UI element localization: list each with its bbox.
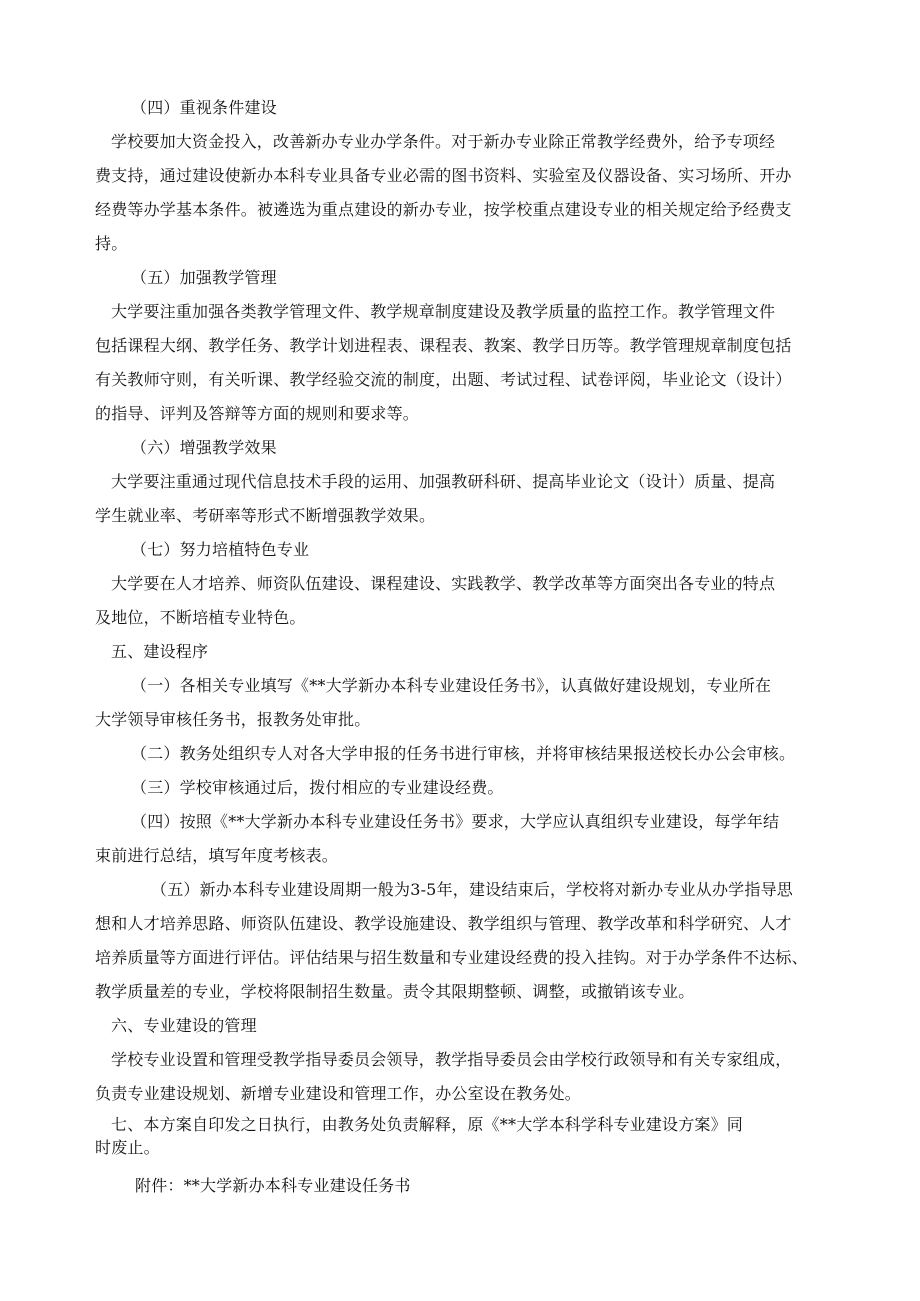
attachment-line: 附件：**大学新办本科专业建设任务书 [135, 1176, 411, 1196]
section-heading: （六）增强教学效果 [131, 438, 277, 458]
paragraph-line: 学校专业设置和管理受教学指导委员会领导，教学指导委员会由学校行政领导和有关专家组… [111, 1050, 791, 1070]
paragraph-line: 包括课程大纲、教学任务、教学计划进程表、课程表、教案、教学日历等。教学管理规章制… [95, 336, 792, 356]
paragraph-line: 学校要加大资金投入，改善新办专业办学条件。对于新办专业除正常教学经费外，给予专项… [111, 132, 775, 152]
chapter-heading: 五、建设程序 [111, 642, 208, 662]
section-heading: （四）重视条件建设 [131, 98, 277, 118]
paragraph-line: 有关教师守则，有关听课、教学经验交流的制度，出题、考试过程、试卷评阅，毕业论文（… [95, 370, 792, 390]
paragraph-line: 束前进行总结，填写年度考核表。 [95, 846, 338, 866]
paragraph-line: 经费等办学基本条件。被遴选为重点建设的新办专业，按学校重点建设专业的相关规定给予… [95, 200, 792, 220]
document-page: （四）重视条件建设 学校要加大资金投入，改善新办专业办学条件。对于新办专业除正常… [0, 0, 920, 1301]
paragraph-line: 培养质量等方面进行评估。评估结果与招生数量和专业建设经费的投入挂钩。对于办学条件… [95, 948, 808, 968]
paragraph-line: 持。 [95, 234, 127, 254]
paragraph-line: 七、本方案自印发之日执行，由教务处负责解释，原《**大学本科学科专业建设方案》同 [111, 1115, 743, 1135]
paragraph-line: 大学领导审核任务书，报教务处审批。 [95, 710, 370, 730]
paragraph-line: 学生就业率、考研率等形式不断增强教学效果。 [95, 506, 435, 526]
paragraph-line: 想和人才培养思路、师资队伍建设、教学设施建设、教学组织与管理、教学改革和科学研究… [95, 914, 792, 934]
paragraph-line: （二）教务处组织专人对各大学申报的任务书进行审核，并将审核结果报送校长办公会审核… [131, 744, 795, 764]
section-heading: （七）努力培植特色专业 [131, 540, 309, 560]
paragraph-line: （三）学校审核通过后，拨付相应的专业建设经费。 [131, 778, 504, 798]
paragraph-line: （一）各相关专业填写《**大学新办本科专业建设任务书》，认真做好建设规划，专业所… [131, 676, 771, 696]
paragraph-line: 费支持，通过建设使新办本科专业具备专业必需的图书资料、实验室及仪器设备、实习场所… [95, 166, 792, 186]
paragraph-line: 及地位，不断培植专业特色。 [95, 608, 306, 628]
paragraph-line: 教学质量差的专业，学校将限制招生数量。责令其限期整顿、调整，或撤销该专业。 [95, 982, 694, 1002]
paragraph-line: 大学要注重通过现代信息技术手段的运用、加强教研科研、提高毕业论文（设计）质量、提… [111, 472, 775, 492]
chapter-heading: 六、专业建设的管理 [111, 1016, 257, 1036]
section-heading: （五）加强教学管理 [131, 268, 277, 288]
paragraph-line: 的指导、评判及答辩等方面的规则和要求等。 [95, 404, 419, 424]
paragraph-line: 负责专业建设规划、新增专业建设和管理工作，办公室设在教务处。 [95, 1084, 581, 1104]
paragraph-line: 时废止。 [95, 1138, 160, 1158]
paragraph-line: 大学要注重加强各类教学管理文件、教学规章制度建设及教学质量的监控工作。教学管理文… [111, 302, 775, 322]
paragraph-line: （五）新办本科专业建设周期一般为3-5年，建设结束后，学校将对新办专业从办学指导… [151, 880, 793, 900]
paragraph-line: 大学要在人才培养、师资队伍建设、课程建设、实践教学、教学改革等方面突出各专业的特… [111, 574, 775, 594]
paragraph-line: （四）按照《**大学新办本科专业建设任务书》要求，大学应认真组织专业建设，每学年… [131, 812, 779, 832]
